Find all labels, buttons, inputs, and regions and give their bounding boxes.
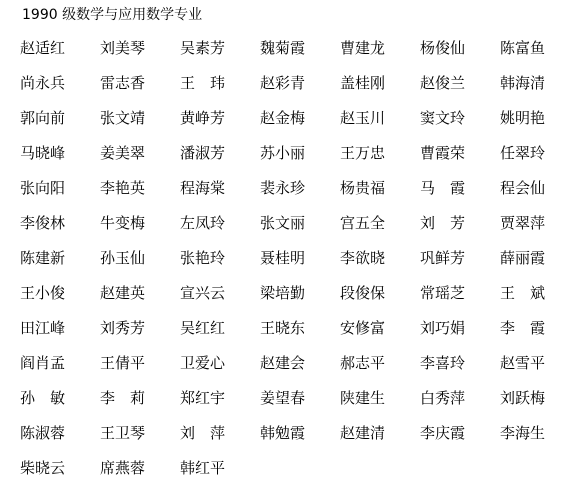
name-cell: 陈富鱼 [500,37,580,59]
name-cell: 赵玉川 [340,107,420,129]
name-cell: 吴红红 [180,317,260,339]
name-cell: 刘跃梅 [500,387,580,409]
name-cell: 柴晓云 [20,457,100,479]
name-cell: 陈淑蓉 [20,422,100,444]
name-cell: 李欲晓 [340,247,420,269]
name-cell: 张文靖 [100,107,180,129]
name-cell: 巩鲜芳 [420,247,500,269]
name-cell: 刘 芳 [420,212,500,234]
name-cell: 张艳玲 [180,247,260,269]
name-cell: 曹建龙 [340,37,420,59]
name-cell: 安修富 [340,317,420,339]
name-cell: 赵建英 [100,282,180,304]
name-cell: 程海棠 [180,177,260,199]
name-cell: 姜望春 [260,387,340,409]
name-cell: 马晓峰 [20,142,100,164]
name-cell: 刘 萍 [180,422,260,444]
name-cell: 王 玮 [180,72,260,94]
name-cell: 盖桂刚 [340,72,420,94]
name-cell: 左凤玲 [180,212,260,234]
name-cell: 卫爱心 [180,352,260,374]
name-cell: 黄峥芳 [180,107,260,129]
name-cell: 李庆霞 [420,422,500,444]
page-title: 1990 级数学与应用数学专业 [22,5,202,25]
name-cell: 李俊林 [20,212,100,234]
name-cell: 阎肖孟 [20,352,100,374]
name-cell: 聂桂明 [260,247,340,269]
name-cell: 陈建新 [20,247,100,269]
name-cell: 赵适红 [20,37,100,59]
name-cell: 韩红平 [180,457,260,479]
name-cell: 马 霞 [420,177,500,199]
name-cell: 郭向前 [20,107,100,129]
name-cell: 李 莉 [100,387,180,409]
name-cell: 张向阳 [20,177,100,199]
name-cell: 王晓东 [260,317,340,339]
name-cell: 李喜玲 [420,352,500,374]
name-cell: 郑红宇 [180,387,260,409]
name-cell: 孙 敏 [20,387,100,409]
name-cell: 李艳英 [100,177,180,199]
name-cell: 王万忠 [340,142,420,164]
name-cell: 赵金梅 [260,107,340,129]
name-cell: 郝志平 [340,352,420,374]
name-cell: 薛丽霞 [500,247,580,269]
name-cell: 李 霞 [500,317,580,339]
name-cell: 王卫琴 [100,422,180,444]
name-cell: 苏小丽 [260,142,340,164]
name-cell: 魏菊霞 [260,37,340,59]
name-cell: 潘淑芳 [180,142,260,164]
name-cell: 白秀萍 [420,387,500,409]
name-cell: 裴永珍 [260,177,340,199]
name-cell: 宣兴云 [180,282,260,304]
name-cell: 姜美翠 [100,142,180,164]
name-cell: 杨俊仙 [420,37,500,59]
name-cell: 刘秀芳 [100,317,180,339]
name-cell: 韩海清 [500,72,580,94]
name-cell: 杨贵福 [340,177,420,199]
name-cell: 赵建会 [260,352,340,374]
name-cell: 姚明艳 [500,107,580,129]
name-cell: 常瑶芝 [420,282,500,304]
name-cell: 韩勉霞 [260,422,340,444]
name-cell: 孙玉仙 [100,247,180,269]
name-cell: 赵俊兰 [420,72,500,94]
name-cell: 刘美琴 [100,37,180,59]
name-cell: 赵彩青 [260,72,340,94]
name-cell: 张文丽 [260,212,340,234]
name-cell: 段俊保 [340,282,420,304]
name-cell: 牛变梅 [100,212,180,234]
name-cell: 王倩平 [100,352,180,374]
name-cell: 陕建生 [340,387,420,409]
name-cell: 曹霞荣 [420,142,500,164]
name-cell: 李海生 [500,422,580,444]
name-cell: 王 斌 [500,282,580,304]
name-cell: 吴素芳 [180,37,260,59]
name-cell: 赵建清 [340,422,420,444]
name-cell: 窦文玲 [420,107,500,129]
name-cell: 田江峰 [20,317,100,339]
name-cell: 赵雪平 [500,352,580,374]
name-cell: 贾翠萍 [500,212,580,234]
name-cell: 梁培勤 [260,282,340,304]
name-cell: 王小俊 [20,282,100,304]
name-cell: 刘巧娟 [420,317,500,339]
name-cell: 程会仙 [500,177,580,199]
name-cell: 雷志香 [100,72,180,94]
name-cell: 宫五全 [340,212,420,234]
name-cell: 尚永兵 [20,72,100,94]
name-grid: 赵适红刘美琴吴素芳魏菊霞曹建龙杨俊仙陈富鱼尚永兵雷志香王 玮赵彩青盖桂刚赵俊兰韩… [20,37,580,479]
name-cell: 任翠玲 [500,142,580,164]
name-cell: 席燕蓉 [100,457,180,479]
